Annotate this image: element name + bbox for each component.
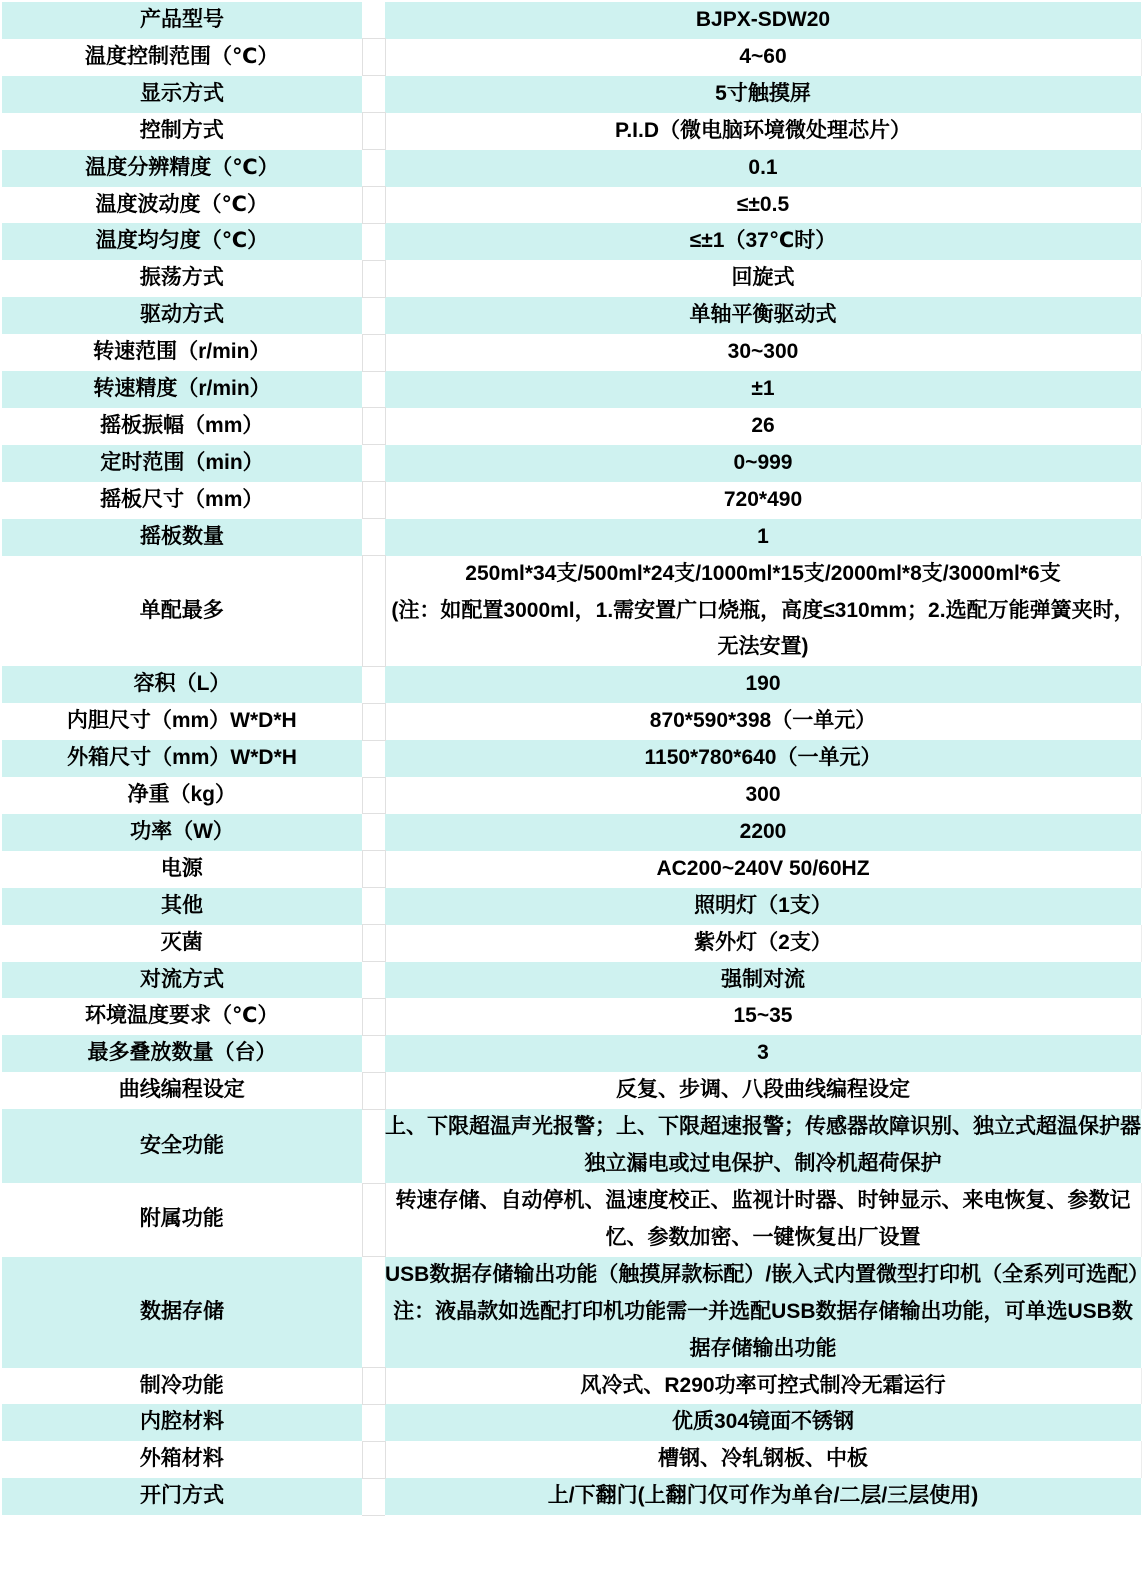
spacer-cell xyxy=(362,1035,385,1072)
spec-label-cell: 外箱尺寸（mm）W*D*H xyxy=(2,740,362,777)
spec-value-cell: BJPX-SDW20 xyxy=(385,2,1141,39)
spec-label-cell: 环境温度要求（℃） xyxy=(2,998,362,1035)
spec-value-text: 0~999 xyxy=(385,445,1141,482)
spacer-cell xyxy=(362,925,385,962)
spec-value-text: 30~300 xyxy=(386,334,1141,371)
spec-value-cell: ≤±0.5 xyxy=(385,187,1141,224)
spec-label-cell: 对流方式 xyxy=(2,962,362,999)
spec-row: 显示方式5寸触摸屏 xyxy=(2,76,1141,113)
spec-row: 曲线编程设定反复、步调、八段曲线编程设定 xyxy=(2,1072,1141,1109)
spec-value-cell: 0.1 xyxy=(385,150,1141,187)
spacer-cell xyxy=(362,888,385,925)
spec-row: 功率（W）2200 xyxy=(2,814,1141,851)
spacer-cell xyxy=(362,371,385,408)
spec-row: 制冷功能风冷式、R290功率可控式制冷无霜运行 xyxy=(2,1368,1141,1405)
spec-label-cell: 温度均匀度（℃） xyxy=(2,223,362,260)
spec-row: 温度控制范围（℃）4~60 xyxy=(2,39,1141,76)
spec-label-cell: 温度控制范围（℃） xyxy=(2,39,362,76)
spec-row: 内腔材料优质304镜面不锈钢 xyxy=(2,1404,1141,1441)
spec-value-cell: 反复、步调、八段曲线编程设定 xyxy=(385,1072,1141,1109)
spec-row: 转速范围（r/min）30~300 xyxy=(2,334,1141,371)
spec-row: 数据存储USB数据存储输出功能（触摸屏款标配）/嵌入式内置微型打印机（全系列可选… xyxy=(2,1257,1141,1368)
spec-row: 最多叠放数量（台）3 xyxy=(2,1035,1141,1072)
spec-row: 温度波动度（℃）≤±0.5 xyxy=(2,187,1141,224)
spec-value-cell: 强制对流 xyxy=(385,962,1141,999)
spacer-cell xyxy=(362,260,385,297)
spec-value-text: (注：如配置3000ml，1.需安置广口烧瓶，高度≤310mm；2.选配万能弹簧… xyxy=(386,593,1141,667)
spec-row: 单配最多250ml*34支/500ml*24支/1000ml*15支/2000m… xyxy=(2,556,1141,667)
spec-value-cell: 3 xyxy=(385,1035,1141,1072)
spec-value-text: 单轴平衡驱动式 xyxy=(385,297,1141,334)
spacer-cell xyxy=(362,2,385,39)
spec-value-cell: 上/下翻门(上翻门仅可作为单台/二层/三层使用) xyxy=(385,1478,1141,1515)
spacer-cell xyxy=(362,777,385,814)
spec-label-cell: 显示方式 xyxy=(2,76,362,113)
spec-row: 内胆尺寸（mm）W*D*H870*590*398（一单元） xyxy=(2,703,1141,740)
spec-label-cell: 控制方式 xyxy=(2,113,362,150)
spec-value-cell: USB数据存储输出功能（触摸屏款标配）/嵌入式内置微型打印机（全系列可选配）注：… xyxy=(385,1257,1141,1368)
spec-label-cell: 制冷功能 xyxy=(2,1368,362,1405)
spec-value-text: ≤±0.5 xyxy=(386,187,1141,224)
spec-label-cell: 容积（L） xyxy=(2,666,362,703)
spec-value-cell: 2200 xyxy=(385,814,1141,851)
spec-value-text: 720*490 xyxy=(386,482,1141,519)
spec-value-cell: 720*490 xyxy=(385,482,1141,519)
spec-row: 摇板尺寸（mm）720*490 xyxy=(2,482,1141,519)
spec-value-cell: 30~300 xyxy=(385,334,1141,371)
spec-value-text: 1 xyxy=(385,519,1141,556)
spec-value-text: 照明灯（1支） xyxy=(385,888,1141,925)
spec-value-cell: ±1 xyxy=(385,371,1141,408)
spec-row: 灭菌紫外灯（2支） xyxy=(2,925,1141,962)
spec-value-text: AC200~240V 50/60HZ xyxy=(386,851,1141,888)
spec-value-text: ≤±1（37℃时） xyxy=(385,223,1141,260)
spec-value-text: 注：液晶款如选配打印机功能需一并选配USB数据存储输出功能，可单选USB数据存储… xyxy=(385,1294,1141,1368)
spec-row: 外箱材料槽钢、冷轧钢板、中板 xyxy=(2,1441,1141,1478)
spacer-cell xyxy=(362,297,385,334)
spec-value-text: 紫外灯（2支） xyxy=(386,925,1141,962)
spec-value-text: 190 xyxy=(385,666,1141,703)
spec-value-cell: 单轴平衡驱动式 xyxy=(385,297,1141,334)
spec-value-cell: ≤±1（37℃时） xyxy=(385,223,1141,260)
spec-value-cell: 紫外灯（2支） xyxy=(385,925,1141,962)
spec-value-cell: AC200~240V 50/60HZ xyxy=(385,851,1141,888)
spec-label-cell: 最多叠放数量（台） xyxy=(2,1035,362,1072)
spec-value-cell: 1 xyxy=(385,519,1141,556)
spec-row: 安全功能上、下限超温声光报警；上、下限超速报警；传感器故障识别、独立式超温保护器… xyxy=(2,1109,1141,1183)
spec-value-text: ±1 xyxy=(385,371,1141,408)
spec-value-text: 250ml*34支/500ml*24支/1000ml*15支/2000ml*8支… xyxy=(386,556,1141,593)
spec-value-cell: 1150*780*640（一单元） xyxy=(385,740,1141,777)
spacer-cell xyxy=(362,962,385,999)
spec-row: 环境温度要求（℃）15~35 xyxy=(2,998,1141,1035)
spec-row: 控制方式P.I.D（微电脑环境微处理芯片） xyxy=(2,113,1141,150)
spec-label-cell: 灭菌 xyxy=(2,925,362,962)
spec-label-cell: 外箱材料 xyxy=(2,1441,362,1478)
spec-label-cell: 摇板尺寸（mm） xyxy=(2,482,362,519)
spacer-cell xyxy=(362,851,385,888)
spec-value-text: 0.1 xyxy=(385,150,1141,187)
spec-value-text: 1150*780*640（一单元） xyxy=(385,740,1141,777)
spec-label-cell: 单配最多 xyxy=(2,556,362,667)
spec-value-cell: 回旋式 xyxy=(385,260,1141,297)
spacer-cell xyxy=(362,39,385,76)
spacer-cell xyxy=(362,998,385,1035)
spec-label-cell: 开门方式 xyxy=(2,1478,362,1515)
spacer-cell xyxy=(362,445,385,482)
spacer-cell xyxy=(362,1441,385,1478)
spec-sheet: 产品型号BJPX-SDW20温度控制范围（℃）4~60显示方式5寸触摸屏控制方式… xyxy=(0,0,1144,1516)
spec-value-cell: 照明灯（1支） xyxy=(385,888,1141,925)
spec-row: 摇板数量1 xyxy=(2,519,1141,556)
spec-label-cell: 曲线编程设定 xyxy=(2,1072,362,1109)
spec-value-cell: 上、下限超温声光报警；上、下限超速报警；传感器故障识别、独立式超温保护器独立漏电… xyxy=(385,1109,1141,1183)
spacer-cell xyxy=(362,703,385,740)
spec-value-text: 上/下翻门(上翻门仅可作为单台/二层/三层使用) xyxy=(385,1478,1141,1515)
spec-label-cell: 电源 xyxy=(2,851,362,888)
spacer-cell xyxy=(362,1109,385,1183)
spacer-cell xyxy=(362,1072,385,1109)
spec-value-cell: 0~999 xyxy=(385,445,1141,482)
spec-value-text: USB数据存储输出功能（触摸屏款标配）/嵌入式内置微型打印机（全系列可选配） xyxy=(385,1257,1141,1294)
spec-row: 驱动方式单轴平衡驱动式 xyxy=(2,297,1141,334)
spec-row: 摇板振幅（mm）26 xyxy=(2,408,1141,445)
spec-label-cell: 转速精度（r/min） xyxy=(2,371,362,408)
spec-value-text: P.I.D（微电脑环境微处理芯片） xyxy=(386,113,1141,150)
spec-row: 开门方式上/下翻门(上翻门仅可作为单台/二层/三层使用) xyxy=(2,1478,1141,1515)
spec-value-text: 转速存储、自动停机、温速度校正、监视计时器、时钟显示、来电恢复、参数记忆、参数加… xyxy=(386,1183,1141,1257)
spec-label-cell: 数据存储 xyxy=(2,1257,362,1368)
spec-value-cell: 15~35 xyxy=(385,998,1141,1035)
spec-label-cell: 净重（kg） xyxy=(2,777,362,814)
spec-value-text: 槽钢、冷轧钢板、中板 xyxy=(386,1441,1141,1478)
spec-value-cell: 250ml*34支/500ml*24支/1000ml*15支/2000ml*8支… xyxy=(385,556,1141,667)
spec-value-cell: 4~60 xyxy=(385,39,1141,76)
spec-label-cell: 产品型号 xyxy=(2,2,362,39)
spec-value-cell: 转速存储、自动停机、温速度校正、监视计时器、时钟显示、来电恢复、参数记忆、参数加… xyxy=(385,1183,1141,1257)
spec-value-text: 300 xyxy=(386,777,1141,814)
spec-value-text: 870*590*398（一单元） xyxy=(386,703,1141,740)
spec-row: 对流方式强制对流 xyxy=(2,962,1141,999)
spec-value-cell: 优质304镜面不锈钢 xyxy=(385,1404,1141,1441)
spec-label-cell: 摇板振幅（mm） xyxy=(2,408,362,445)
spacer-cell xyxy=(362,556,385,667)
spec-value-text: 优质304镜面不锈钢 xyxy=(385,1404,1141,1441)
spacer-cell xyxy=(362,113,385,150)
spec-row: 外箱尺寸（mm）W*D*H1150*780*640（一单元） xyxy=(2,740,1141,777)
spec-value-text: 上、下限超温声光报警；上、下限超速报警；传感器故障识别、独立式超温保护器独立漏电… xyxy=(385,1109,1141,1183)
spec-value-cell: P.I.D（微电脑环境微处理芯片） xyxy=(385,113,1141,150)
spacer-cell xyxy=(362,1478,385,1515)
spacer-cell xyxy=(362,334,385,371)
spec-label-cell: 温度分辨精度（℃） xyxy=(2,150,362,187)
spec-value-text: 反复、步调、八段曲线编程设定 xyxy=(386,1072,1141,1109)
spec-row: 产品型号BJPX-SDW20 xyxy=(2,2,1141,39)
spec-row: 定时范围（min）0~999 xyxy=(2,445,1141,482)
spec-value-text: 3 xyxy=(385,1035,1141,1072)
spacer-cell xyxy=(362,482,385,519)
spec-row: 振荡方式回旋式 xyxy=(2,260,1141,297)
spacer-cell xyxy=(362,1404,385,1441)
spec-value-cell: 槽钢、冷轧钢板、中板 xyxy=(385,1441,1141,1478)
spec-row: 净重（kg）300 xyxy=(2,777,1141,814)
spacer-cell xyxy=(362,1368,385,1405)
spec-row: 其他照明灯（1支） xyxy=(2,888,1141,925)
spacer-cell xyxy=(362,223,385,260)
spec-label-cell: 功率（W） xyxy=(2,814,362,851)
spacer-cell xyxy=(362,187,385,224)
spec-value-cell: 300 xyxy=(385,777,1141,814)
spec-value-text: 风冷式、R290功率可控式制冷无霜运行 xyxy=(386,1368,1141,1405)
spec-label-cell: 振荡方式 xyxy=(2,260,362,297)
spacer-cell xyxy=(362,1183,385,1257)
spacer-cell xyxy=(362,519,385,556)
spec-label-cell: 驱动方式 xyxy=(2,297,362,334)
spec-value-text: 2200 xyxy=(385,814,1141,851)
spec-row: 电源AC200~240V 50/60HZ xyxy=(2,851,1141,888)
spacer-cell xyxy=(362,740,385,777)
spec-row: 温度均匀度（℃）≤±1（37℃时） xyxy=(2,223,1141,260)
spec-value-text: 回旋式 xyxy=(386,260,1141,297)
spacer-cell xyxy=(362,1257,385,1368)
spec-value-text: 4~60 xyxy=(386,39,1141,76)
spec-label-cell: 摇板数量 xyxy=(2,519,362,556)
spacer-cell xyxy=(362,666,385,703)
spec-value-cell: 870*590*398（一单元） xyxy=(385,703,1141,740)
spec-label-cell: 内腔材料 xyxy=(2,1404,362,1441)
spec-row: 容积（L）190 xyxy=(2,666,1141,703)
spec-row: 温度分辨精度（℃）0.1 xyxy=(2,150,1141,187)
spec-value-cell: 风冷式、R290功率可控式制冷无霜运行 xyxy=(385,1368,1141,1405)
spec-value-cell: 5寸触摸屏 xyxy=(385,76,1141,113)
spec-value-text: BJPX-SDW20 xyxy=(385,2,1141,39)
spec-row: 附属功能转速存储、自动停机、温速度校正、监视计时器、时钟显示、来电恢复、参数记忆… xyxy=(2,1183,1141,1257)
spec-value-text: 26 xyxy=(386,408,1141,445)
spec-label-cell: 安全功能 xyxy=(2,1109,362,1183)
spacer-cell xyxy=(362,408,385,445)
spacer-cell xyxy=(362,814,385,851)
spec-value-cell: 26 xyxy=(385,408,1141,445)
spec-label-cell: 附属功能 xyxy=(2,1183,362,1257)
spec-row: 转速精度（r/min）±1 xyxy=(2,371,1141,408)
spec-value-text: 5寸触摸屏 xyxy=(385,76,1141,113)
spec-table: 产品型号BJPX-SDW20温度控制范围（℃）4~60显示方式5寸触摸屏控制方式… xyxy=(2,2,1142,1516)
spec-label-cell: 其他 xyxy=(2,888,362,925)
spec-value-text: 15~35 xyxy=(386,998,1141,1035)
spec-value-text: 强制对流 xyxy=(385,962,1141,999)
spec-label-cell: 温度波动度（℃） xyxy=(2,187,362,224)
spec-value-cell: 190 xyxy=(385,666,1141,703)
spec-table-body: 产品型号BJPX-SDW20温度控制范围（℃）4~60显示方式5寸触摸屏控制方式… xyxy=(2,2,1141,1515)
spacer-cell xyxy=(362,150,385,187)
spec-label-cell: 内胆尺寸（mm）W*D*H xyxy=(2,703,362,740)
spacer-cell xyxy=(362,76,385,113)
spec-label-cell: 转速范围（r/min） xyxy=(2,334,362,371)
spec-label-cell: 定时范围（min） xyxy=(2,445,362,482)
